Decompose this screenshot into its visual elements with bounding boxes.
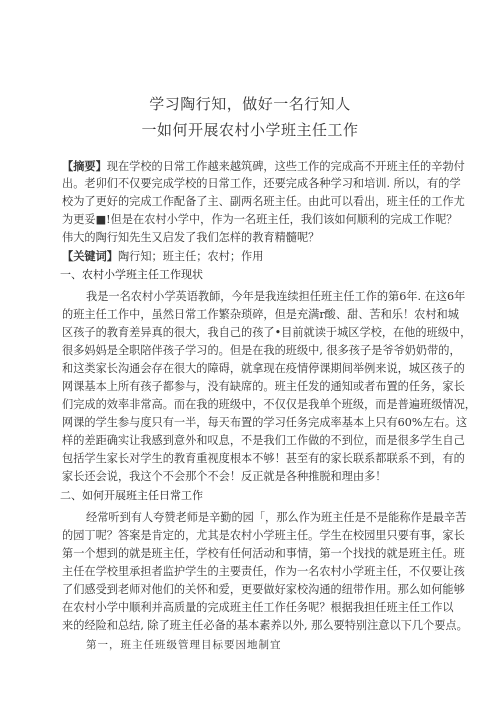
paragraph-line: 很多妈妈是全职陪伴孩子学习的。但是在我的班级中, 很多孩子是爷爷奶奶带的， <box>62 342 442 360</box>
paragraph-line: 网课基本上所有孩子都参与，没有缺席的。班主任发的通知或者布置的任务，家长 <box>62 378 442 396</box>
abstract-label: 【摘要】 <box>62 159 107 173</box>
document-title: 学习陶行知，做好一名行知人 <box>0 93 500 114</box>
paragraph-line: 家长还会说，我这个不会那个不会！反正就是各种推脱和理由多！ <box>62 468 442 486</box>
abstract-line: 【摘要】现在学校的日常工作越来越筑碑，这些工作的完成高不开班主任的辛勃付 <box>62 157 442 175</box>
section-heading: 一、农村小学班主任工作现状 <box>60 266 203 284</box>
abstract-line: 校为了更好的完成工作配备了主、副两名班主任。由此可以看出，班主任的工作尤 <box>62 193 442 211</box>
paragraph-line: 样的差距确实让我感到意外和叹息，不是我们工作做的不到位，而是很多学生自己 <box>62 432 442 450</box>
section-heading: 二、如何开展班主任日常工作 <box>60 487 203 505</box>
paragraph-line: 来的经险和总结, 除了班主任必备的基本素养以外, 那么要特别注意以下几个要点。 <box>62 617 442 635</box>
paragraph-line: 区孩子的教育差异真的很大，我自己的孩了•目前就读于城区学校，在他的班级中， <box>62 324 442 342</box>
paragraph-line: 包括学生家长对学生的教育重视度根本不够！甚至有的家长联系都联系不到，有的 <box>62 450 442 468</box>
keywords-line: 【关键词】陶行知；班主任；农村；作用 <box>62 247 442 265</box>
paragraph-line: 们完成的效率非常高。而在我的班级中，不仅仅是我单个班级，而是普遍班级情况， <box>62 396 442 414</box>
document-subtitle: 一如何开展农村小学班主任工作 <box>0 119 500 140</box>
paragraph-line: 网课的学生参与度只有一半，每天布置的学习任务完成率基本上只有60%左右。这 <box>62 414 442 432</box>
paragraph-line: 在农村小学中顺利并高质量的完成班主任工作任务呢？根据我担任班主任工作以 <box>62 599 442 617</box>
paragraph-line: 第一个想到的就是班主任，学校有任何活动和事情，第一个找找的就是班主任。班 <box>62 545 442 563</box>
paragraph-line: 了们感受到老师对他们的关怀和爱，更要做好家校沟通的纽带作用。那么如何能够 <box>62 581 442 599</box>
paragraph-line: 主任在学校里承担者监护学生的主要责任，作为一名农村小学班主任，不仅要让孩 <box>62 563 442 581</box>
paragraph-line: 和这类家长沟通会存在很大的障碍，就拿现在疫情停课期间举例来说，城区孩子的 <box>62 360 442 378</box>
paragraph-line: 我是一名农村小学英语教師，今年是我连续担任班主任工作的第6年. 在这6年 <box>86 288 442 306</box>
keywords-text: 陶行知；班主任；农村；作用 <box>118 250 263 263</box>
paragraph-line: 的班主任工作中，虽然日常工作繁杂琐碎，但是充满r酸、甜、苦和乐！农村和城 <box>62 306 442 324</box>
document-page: 学习陶行知，做好一名行知人 一如何开展农村小学班主任工作 【摘要】现在学校的日常… <box>0 0 500 707</box>
paragraph-line: 经常听到有人夸赞老师是辛勤的园「，那么作为班主任是不是能称作是最辛苦 <box>86 509 442 527</box>
abstract-line: 出。老卯们不仅要完成学校的日常工作，还要完成各种学习和培训. 所以，有的学 <box>62 175 442 193</box>
paragraph-line: 的园丁呢？答案是肯定的，尤其是农村小学班主任。学生在校园里只要有事，家长 <box>62 527 442 545</box>
subsection-heading: 第一，班主任班级管理目标要因地制宜 <box>86 636 282 654</box>
abstract-line: 伟大的陶行知先生又启发了我们怎样的教育精髓呢？ <box>62 229 442 247</box>
keywords-label: 【关键词】 <box>62 249 118 263</box>
abstract-line: 为更妥■!但是在农村小学中，作为一名班主任，我们该如何顺利的完成工作呢？ <box>62 211 442 229</box>
